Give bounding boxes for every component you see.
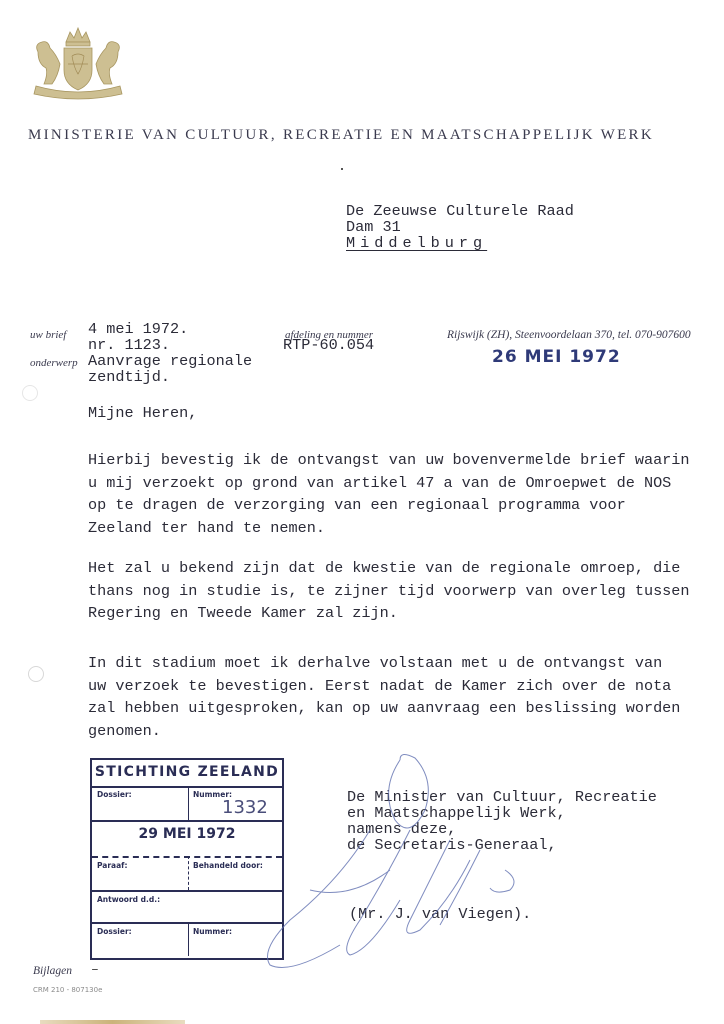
punch-hole	[28, 666, 44, 682]
bijlagen-label: Bijlagen	[33, 965, 72, 977]
received-stamp: STICHTING ZEELAND Dossier: Nummer: 1332 …	[90, 758, 284, 960]
onderwerp-label: onderwerp	[30, 357, 78, 369]
subject-line-2: zendtijd.	[88, 369, 170, 385]
signature-line-3: namens deze,	[347, 821, 456, 837]
body-paragraph-1: Hierbij bevestig ik de ontvangst van uw …	[88, 449, 718, 539]
stamp-divider	[92, 922, 282, 924]
body-paragraph-3: In dit stadium moet ik derhalve volstaan…	[88, 652, 718, 742]
salutation: Mijne Heren,	[88, 404, 197, 422]
stamp-behandeld-label: Behandeld door:	[193, 861, 263, 870]
stamp-paraaf-label: Paraaf:	[97, 861, 127, 870]
royal-coat-of-arms-icon	[28, 24, 128, 102]
stamp-nummer2-label: Nummer:	[193, 927, 232, 936]
stamp-divider	[92, 890, 282, 892]
stamp-dossier-label: Dossier:	[97, 790, 132, 799]
signature-line-2: en Maatschappelijk Werk,	[347, 805, 566, 821]
sender-address: Rijswijk (ZH), Steenvoordelaan 370, tel.…	[447, 329, 691, 341]
stamp-divider	[188, 786, 189, 820]
stamp-divider	[92, 820, 282, 822]
signatory-name: (Mr. J. van Viegen).	[349, 905, 531, 923]
stamp-divider	[92, 856, 282, 858]
signature-line-1: De Minister van Cultuur, Recreatie	[347, 789, 657, 805]
stamp-antwoord-label: Antwoord d.d.:	[97, 895, 160, 904]
stamp-dossier2-label: Dossier:	[97, 927, 132, 936]
uw-brief-label: uw brief	[30, 329, 66, 341]
stamp-divider	[188, 922, 189, 956]
stamp-title: STICHTING ZEELAND	[92, 764, 282, 780]
subject-line-1: Aanvrage regionale	[88, 353, 252, 369]
body-paragraph-2: Het zal u bekend zijn dat de kwestie van…	[88, 557, 718, 625]
recipient-city: Middelburg	[346, 235, 487, 251]
bijlagen-value: –	[91, 962, 99, 977]
afdeling-number: RTP-60.054	[283, 337, 374, 353]
stray-mark	[341, 168, 343, 170]
stamp-number: 1332	[222, 797, 268, 818]
signature-line-4: de Secretaris-Generaal,	[347, 837, 557, 853]
stamp-date: 29 MEI 1972	[92, 826, 282, 842]
stamp-divider	[188, 856, 189, 890]
stamp-divider	[92, 786, 282, 788]
recipient-name: De Zeeuwse Culturele Raad	[346, 203, 574, 219]
punch-hole	[22, 385, 38, 401]
ministry-name: MINISTERIE VAN CULTUUR, RECREATIE EN MAA…	[28, 127, 654, 144]
page-edge-mark	[40, 1020, 185, 1024]
uw-brief-number: nr. 1123.	[88, 337, 170, 353]
handwritten-signature	[250, 750, 550, 990]
uw-brief-date: 4 mei 1972.	[88, 321, 188, 337]
date-stamp: 26 MEI 1972	[492, 347, 621, 367]
recipient-street: Dam 31	[346, 219, 401, 235]
form-code: CRM 210 - 807130e	[33, 986, 102, 994]
